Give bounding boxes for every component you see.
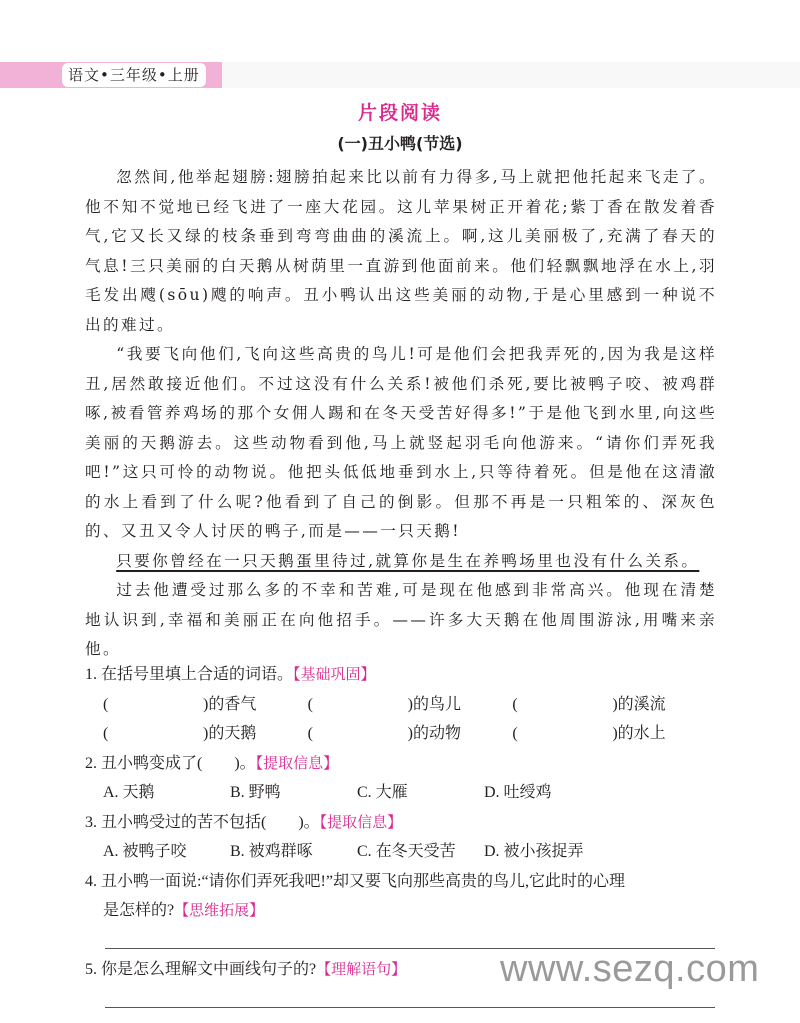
fill-blank[interactable]: ()的鸟儿 [308, 690, 513, 720]
answer-line-q5[interactable] [105, 1007, 715, 1008]
fill-blank[interactable]: ()的动物 [308, 719, 513, 749]
question-3-text[interactable]: 3. 丑小鸭受过的苦不包括( )。 [85, 814, 320, 831]
question-3: 3. 丑小鸭受过的苦不包括( )。【提取信息】 [85, 808, 717, 838]
passage-paragraph: “我要飞向他们,飞向这些高贵的鸟儿!可是他们会把我弄死的,因为我是这样丑,居然敢… [85, 340, 717, 547]
book-label: 语文•三年级•上册 [62, 63, 206, 87]
question-4-text: 4. 丑小鸭一面说:“请你们弄死我吧!”却又要飞向那些高贵的鸟儿,它此时的心理 [85, 873, 625, 890]
watermark: www.sezq.com [500, 948, 759, 991]
question-1-blank-row-2: ()的天鹅 ()的动物 ()的水上 [85, 719, 717, 749]
fill-blank[interactable]: ()的香气 [103, 690, 308, 720]
question-1-text: 1. 在括号里填上合适的词语。 [85, 666, 293, 683]
question-3-tag: 【提取信息】 [320, 813, 403, 831]
option-a[interactable]: A. 被鸭子咬 [103, 837, 230, 867]
option-b[interactable]: B. 被鸡群啄 [230, 837, 357, 867]
question-1: 1. 在括号里填上合适的词语。【基础巩固】 [85, 660, 717, 690]
question-3-options: A. 被鸭子咬 B. 被鸡群啄 C. 在冬天受苦 D. 被小孩捉弄 [85, 837, 717, 867]
question-4-tag: 【思维拓展】 [174, 901, 264, 919]
question-4-continued: 是怎样的?【思维拓展】 [85, 896, 717, 926]
option-c[interactable]: C. 大雁 [357, 778, 484, 808]
question-2-tag: 【提取信息】 [256, 754, 339, 772]
question-4: 4. 丑小鸭一面说:“请你们弄死我吧!”却又要飞向那些高贵的鸟儿,它此时的心理 [85, 867, 717, 897]
question-1-tag: 【基础巩固】 [293, 665, 376, 683]
option-d[interactable]: D. 吐绶鸡 [484, 778, 611, 808]
question-2-text[interactable]: 2. 丑小鸭变成了( )。 [85, 755, 256, 772]
fill-blank[interactable]: ()的溪流 [512, 690, 717, 720]
passage-paragraph: 过去他遭受过那么多的不幸和苦难,可是现在他感到非常高兴。他现在清楚地认识到,幸福… [85, 576, 717, 665]
option-b[interactable]: B. 野鸭 [230, 778, 357, 808]
questions-section: 1. 在括号里填上合适的词语。【基础巩固】 ()的香气 ()的鸟儿 ()的溪流 … [85, 660, 717, 926]
underlined-sentence: 只要你曾经在一只天鹅蛋里待过,就算你是生在养鸭场里也没有什么关系。 [116, 552, 699, 570]
question-1-blank-row-1: ()的香气 ()的鸟儿 ()的溪流 [85, 690, 717, 720]
option-c[interactable]: C. 在冬天受苦 [357, 837, 484, 867]
option-d[interactable]: D. 被小孩捉弄 [484, 837, 611, 867]
question-5-tag: 【理解语句】 [316, 960, 406, 978]
question-5-text: 5. 你是怎么理解文中画线句子的? [85, 961, 316, 978]
passage-title: (一)丑小鸭(节选) [0, 131, 800, 154]
passage-paragraph-underlined: 只要你曾经在一只天鹅蛋里待过,就算你是生在养鸭场里也没有什么关系。 [85, 547, 717, 577]
question-4-text-2: 是怎样的? [103, 902, 174, 919]
fill-blank[interactable]: ()的水上 [512, 719, 717, 749]
question-2: 2. 丑小鸭变成了( )。【提取信息】 [85, 749, 717, 779]
reading-passage: 忽然间,他举起翅膀:翅膀拍起来比以前有力得多,马上就把他托起来飞走了。他不知不觉… [85, 163, 717, 665]
passage-paragraph: 忽然间,他举起翅膀:翅膀拍起来比以前有力得多,马上就把他托起来飞走了。他不知不觉… [85, 163, 717, 340]
option-a[interactable]: A. 天鹅 [103, 778, 230, 808]
section-title: 片段阅读 [0, 98, 800, 125]
fill-blank[interactable]: ()的天鹅 [103, 719, 308, 749]
question-2-options: A. 天鹅 B. 野鸭 C. 大雁 D. 吐绶鸡 [85, 778, 717, 808]
